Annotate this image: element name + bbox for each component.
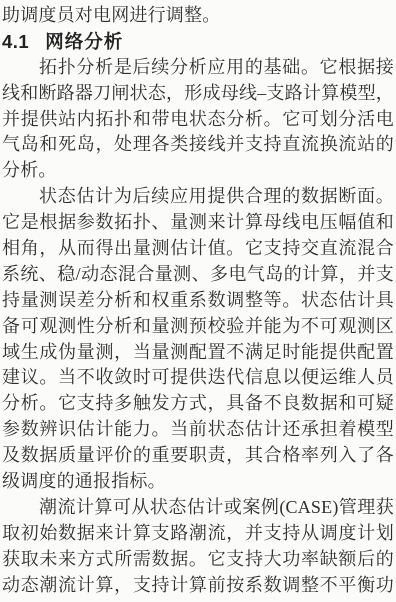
text-line: 气岛和死岛，处理各类接线并支持直流换流站的: [2, 132, 394, 158]
text-line: 动态潮流计算，支持计算前按系数调整不平衡功: [2, 573, 394, 599]
text-line: 拓扑分析是后续分析应用的基础。它根据接: [2, 55, 394, 81]
text-line: 状态估计为后续应用提供合理的数据断面。: [2, 184, 394, 210]
text-line: 持量测误差分析和权重系数调整等。状态估计具: [2, 288, 394, 314]
document-page: 助调度员对电网进行调整。 4.1网络分析 拓扑分析是后续分析应用的基础。它根据接…: [0, 0, 396, 602]
text-line: 备可观测性分析和量测预校验并能为不可观测区: [2, 314, 394, 340]
text-line: 取初始数据来计算支路潮流，并支持从调度计划: [2, 521, 394, 547]
text-line: 参数辨识估计能力。当前状态估计还承担着模型: [2, 417, 394, 443]
section-title: 网络分析: [45, 31, 123, 52]
text-line: 它是根据参数拓扑、量测来计算母线电压幅值和: [2, 210, 394, 236]
text-line: 获取未来方式所需数据。它支持大功率缺额后的: [2, 547, 394, 573]
text-line: 线和断路器刀闸状态，形成母线–支路计算模型，: [2, 81, 394, 107]
text-line: 并提供站内拓扑和带电状态分析。它可划分活电: [2, 107, 394, 133]
section-heading: 4.1网络分析: [2, 29, 394, 55]
text-line: 级调度的通报指标。: [2, 469, 394, 495]
text-line: 域生成伪量测，当量测配置不满足时能提供配置: [2, 340, 394, 366]
text-line: 及数据质量评价的重要职责，其合格率列入了各: [2, 443, 394, 469]
text-line: 分析。它支持多触发方式，具备不良数据和可疑: [2, 391, 394, 417]
text-line: 系统、稳/动态混合量测、多电气岛的计算，并支: [2, 262, 394, 288]
text-line: 相角，从而得出量测估计值。它支持交直流混合: [2, 236, 394, 262]
text-line: 助调度员对电网进行调整。: [2, 3, 394, 29]
text-line: 潮流计算可从状态估计或案例(CASE)管理获: [2, 495, 394, 521]
text-line: 建议。当不收敛时可提供迭代信息以便运维人员: [2, 365, 394, 391]
section-number: 4.1: [2, 31, 29, 52]
text-line: 分析。: [2, 158, 394, 184]
